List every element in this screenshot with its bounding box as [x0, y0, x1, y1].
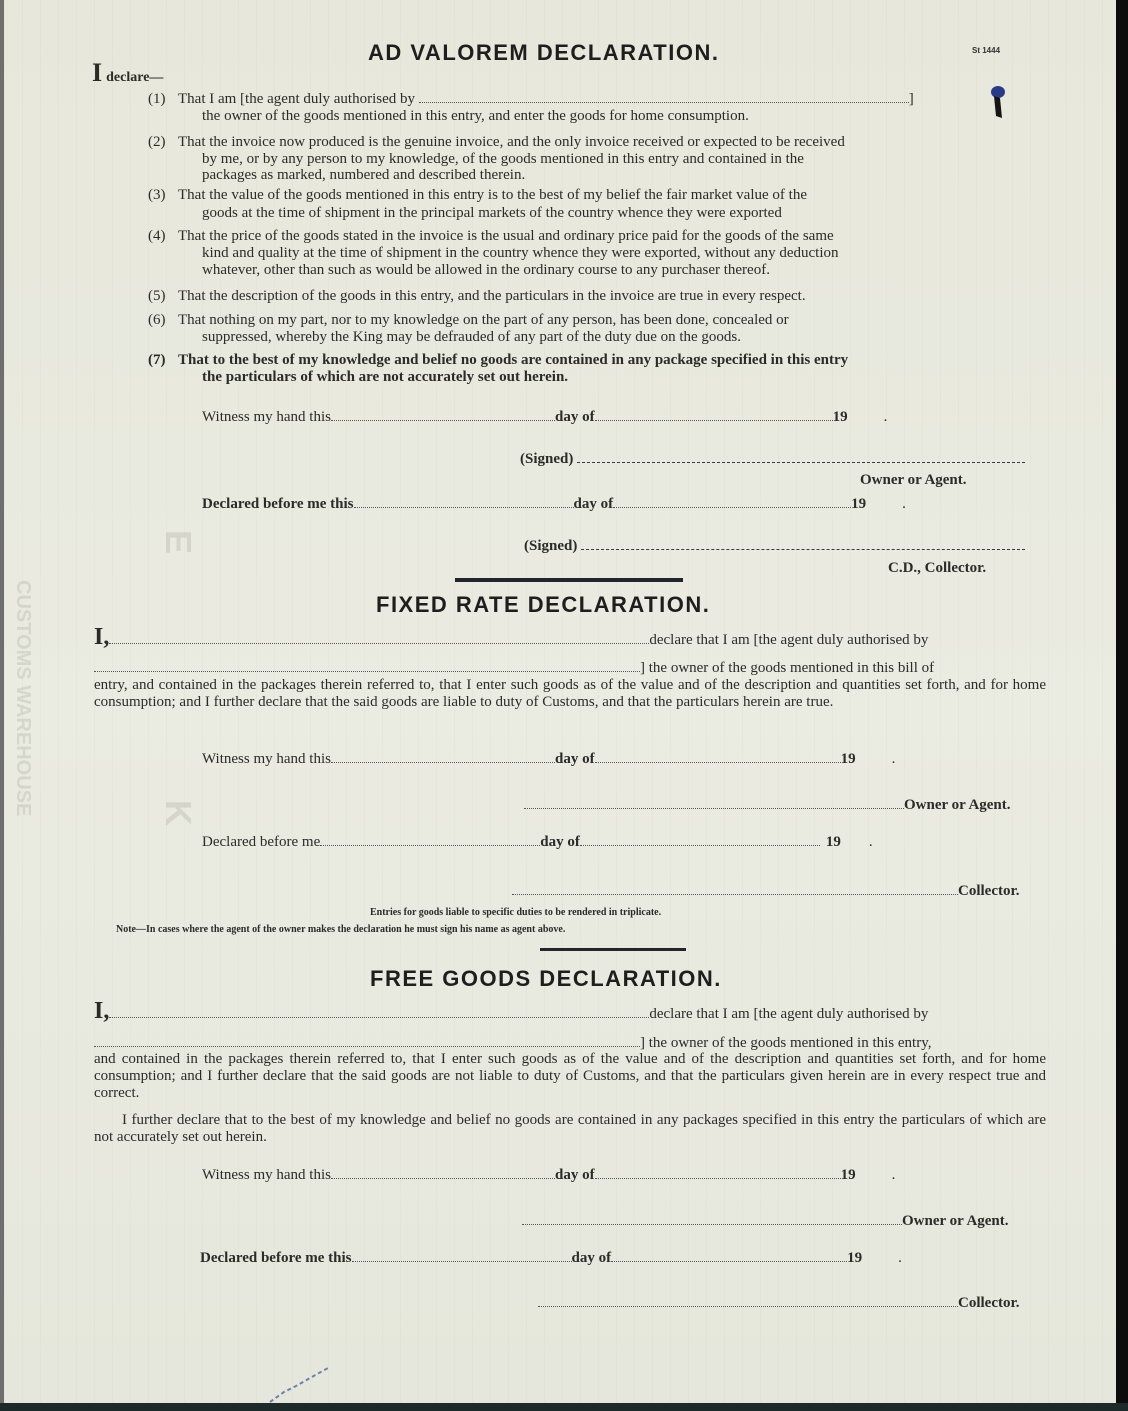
av-owner-or-agent-label: Owner or Agent.	[860, 471, 967, 489]
agent-name-field[interactable]	[419, 90, 909, 103]
av-collector-signature-field[interactable]	[581, 539, 1025, 550]
fg-collector-row: Collector.	[538, 1294, 1020, 1312]
fr-triplicate-note: Entries for goods liable to specific dut…	[370, 907, 661, 918]
av-owner-signature-field[interactable]	[577, 452, 1025, 463]
fr-declarant-name-field[interactable]	[109, 631, 649, 644]
fr-owner-signature-field[interactable]	[524, 796, 904, 809]
clause-7-line2: the particulars of which are not accurat…	[202, 368, 568, 386]
fr-declared-row: Declared before meday of19.	[202, 833, 873, 851]
av-declared-row: Declared before me thisday of19.	[202, 495, 906, 513]
declaration-form-page: CUSTOMS WAREHOUSE E K AD VALOREM DECLARA…	[4, 0, 1116, 1403]
clause-3-line2: goods at the time of shipment in the pri…	[202, 204, 782, 222]
fr-witness-month-field[interactable]	[595, 750, 841, 763]
fr-line1: I,declare that I am [the agent duly auth…	[94, 628, 928, 649]
clause-4-line3: whatever, other than such as would be al…	[202, 261, 770, 279]
clause-5: (5)That the description of the goods in …	[148, 287, 806, 305]
clause-1-line2: the owner of the goods mentioned in this…	[202, 107, 749, 125]
fg-declarant-name-field[interactable]	[109, 1005, 649, 1018]
clause-6: (6)That nothing on my part, nor to my kn…	[148, 311, 789, 329]
fg-collector-signature-field[interactable]	[538, 1294, 958, 1307]
fr-collector-row: Collector.	[512, 882, 1020, 900]
av-witness-day-field[interactable]	[331, 408, 555, 421]
fg-declared-day-field[interactable]	[352, 1249, 572, 1262]
intro-i: I	[92, 58, 102, 87]
ink-blot-mark	[984, 80, 1014, 122]
fg-declared-month-field[interactable]	[611, 1249, 847, 1262]
fr-collector-signature-field[interactable]	[512, 882, 958, 895]
ad-valorem-intro: I declare—	[92, 58, 163, 88]
fg-witness-day-field[interactable]	[331, 1166, 555, 1179]
intro-declare: declare—	[106, 70, 163, 85]
fr-owner-row: Owner or Agent.	[524, 796, 1011, 814]
scan-right-border	[1116, 0, 1128, 1411]
pen-stroke-mark	[266, 1364, 336, 1403]
fg-body: and contained in the packages therein re…	[94, 1051, 1046, 1102]
fg-further: I further declare that to the best of my…	[94, 1112, 1046, 1146]
bleed-through-text: CUSTOMS WAREHOUSE	[11, 580, 34, 816]
clause-4-line2: kind and quality at the time of shipment…	[202, 244, 839, 262]
av-witness-row: Witness my hand thisday of19.	[202, 408, 887, 426]
fg-owner-signature-field[interactable]	[522, 1212, 902, 1225]
fr-declared-month-field[interactable]	[580, 833, 820, 846]
ad-valorem-title: AD VALOREM DECLARATION.	[368, 40, 719, 66]
fr-declared-day-field[interactable]	[320, 833, 540, 846]
fg-owner-name-field[interactable]	[94, 1034, 640, 1047]
av-witness-month-field[interactable]	[595, 408, 833, 421]
section-divider	[455, 578, 683, 582]
scan-bottom-border	[0, 1403, 1128, 1411]
fr-body: entry, and contained in the packages the…	[94, 677, 1046, 711]
fr-agent-note: Note—In cases where the agent of the own…	[116, 924, 565, 935]
av-signed-collector-row: (Signed)	[524, 537, 1025, 555]
av-collector-label: C.D., Collector.	[888, 559, 986, 577]
form-number: St 1444	[972, 46, 1000, 55]
fg-owner-row: Owner or Agent.	[522, 1212, 1009, 1230]
fr-line2: ] the owner of the goods mentioned in th…	[94, 659, 934, 677]
section-divider	[540, 948, 686, 951]
clause-2: (2)That the invoice now produced is the …	[148, 133, 845, 151]
fg-witness-month-field[interactable]	[595, 1166, 841, 1179]
free-goods-title: FREE GOODS DECLARATION.	[370, 966, 722, 992]
fg-line2: ] the owner of the goods mentioned in th…	[94, 1034, 931, 1052]
fr-witness-day-field[interactable]	[331, 750, 555, 763]
clause-3: (3)That the value of the goods mentioned…	[148, 186, 807, 204]
clause-1: (1)That I am [the agent duly authorised …	[148, 90, 914, 108]
fixed-rate-title: FIXED RATE DECLARATION.	[376, 592, 710, 618]
av-declared-month-field[interactable]	[613, 495, 851, 508]
fr-witness-row: Witness my hand thisday of19.	[202, 750, 895, 768]
clause-7: (7)That to the best of my knowledge and …	[148, 351, 848, 369]
bleed-through-text: K	[157, 800, 199, 826]
av-signed-owner-row: (Signed)	[520, 450, 1025, 468]
fg-witness-row: Witness my hand thisday of19.	[202, 1166, 895, 1184]
clause-2-line3: packages as marked, numbered and describ…	[202, 166, 525, 184]
fr-owner-name-field[interactable]	[94, 659, 640, 672]
fg-declared-row: Declared before me thisday of19.	[200, 1249, 902, 1267]
bleed-through-text: E	[157, 530, 199, 554]
clause-6-line2: suppressed, whereby the King may be defr…	[202, 328, 741, 346]
clause-4: (4)That the price of the goods stated in…	[148, 227, 834, 245]
fg-line1: I,declare that I am [the agent duly auth…	[94, 1002, 928, 1023]
av-declared-day-field[interactable]	[354, 495, 574, 508]
